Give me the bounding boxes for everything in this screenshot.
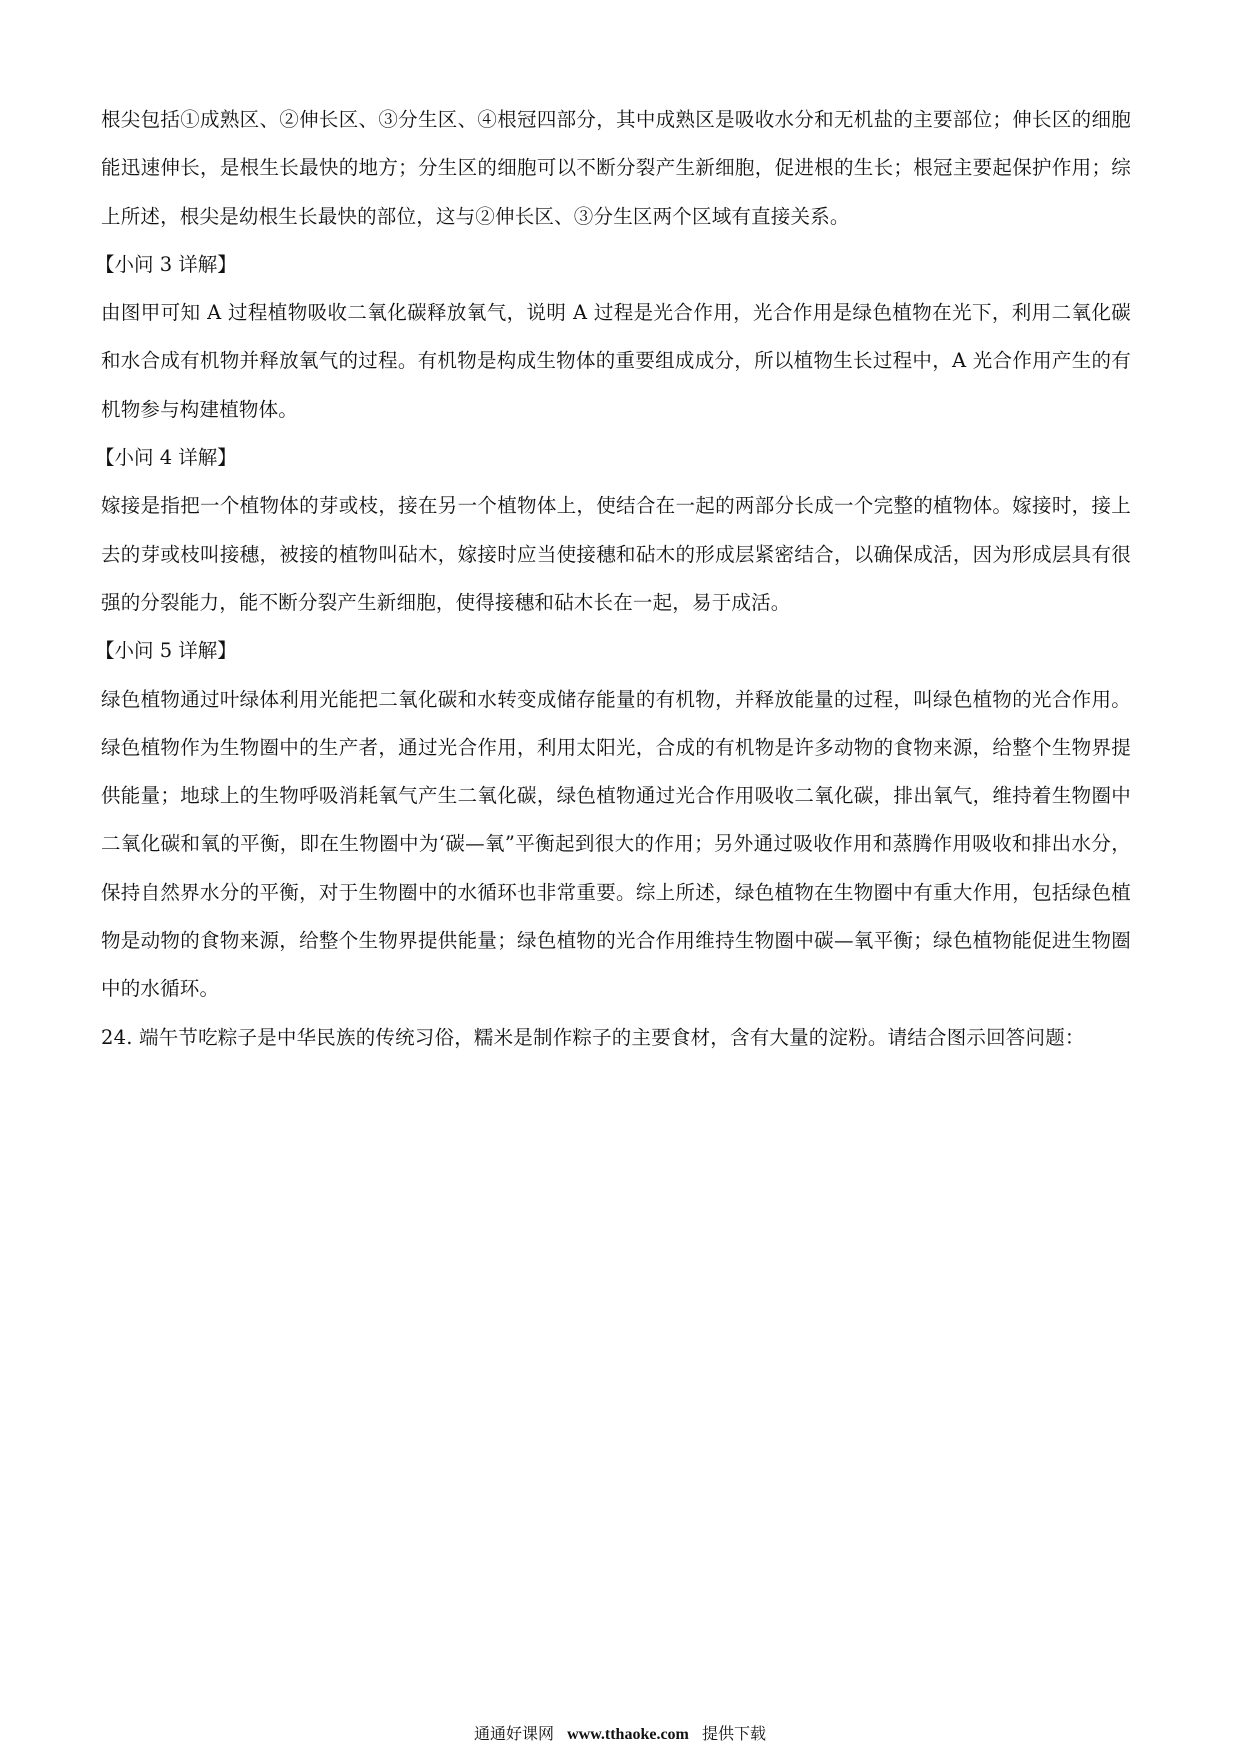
footer-suffix: 提供下载: [702, 1724, 766, 1743]
heading-sub-question-3: 【小问 3 详解】: [95, 241, 1131, 289]
footer-site-name: 通通好课网: [474, 1724, 554, 1743]
page-footer: 通通好课网 www.tthaoke.com 提供下载: [0, 1722, 1240, 1747]
paragraph-photosynthesis-process-a: 由图甲可知 A 过程植物吸收二氧化碳释放氧气，说明 A 过程是光合作用，光合作用…: [101, 289, 1131, 434]
heading-sub-question-5: 【小问 5 详解】: [95, 627, 1131, 675]
document-body: 根尖包括①成熟区、②伸长区、③分生区、④根冠四部分，其中成熟区是吸收水分和无机盐…: [101, 96, 1131, 1062]
paragraph-grafting: 嫁接是指把一个植物体的芽或枝，接在另一个植物体上，使结合在一起的两部分长成一个完…: [101, 482, 1131, 627]
paragraph-root-tip-summary: 根尖包括①成熟区、②伸长区、③分生区、④根冠四部分，其中成熟区是吸收水分和无机盐…: [101, 96, 1131, 241]
footer-url-link[interactable]: www.tthaoke.com: [567, 1726, 689, 1743]
document-page: 根尖包括①成熟区、②伸长区、③分生区、④根冠四部分，其中成熟区是吸收水分和无机盐…: [0, 0, 1240, 1754]
paragraph-green-plants-role: 绿色植物通过叶绿体利用光能把二氧化碳和水转变成储存能量的有机物，并释放能量的过程…: [101, 676, 1131, 1014]
heading-sub-question-4: 【小问 4 详解】: [95, 434, 1131, 482]
question-24-prompt: 24. 端午节吃粽子是中华民族的传统习俗，糯米是制作粽子的主要食材，含有大量的淀…: [101, 1014, 1131, 1062]
